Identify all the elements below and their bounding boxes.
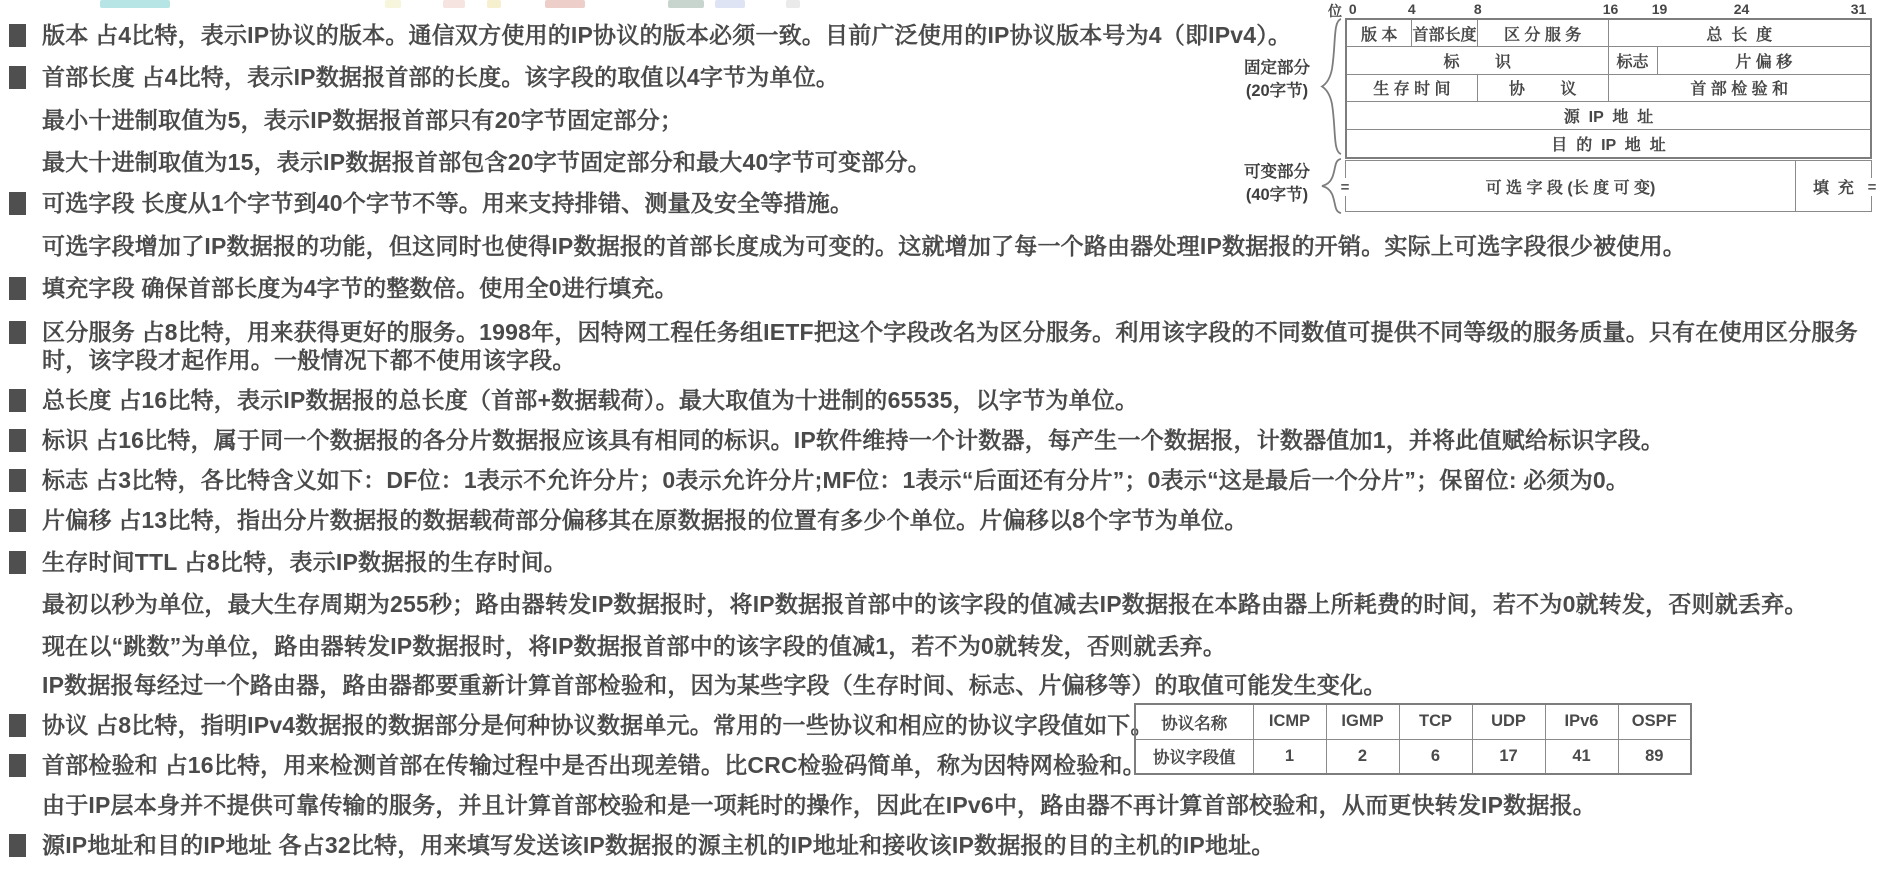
bullet-square-icon (9, 321, 26, 344)
note-line-flags: 标志 占3比特，各比特含义如下：DF位：1表示不允许分片；0表示允许分片;MF位… (9, 467, 1629, 494)
title-remnant-fragment (668, 0, 704, 8)
note-text: 协议 占8比特，指明IPv4数据报的数据部分是何种协议数据单元。常用的一些协议和… (42, 712, 1154, 739)
title-remnant-fragment (385, 0, 401, 8)
bullet-square-icon (9, 389, 26, 412)
note-line-header-length: 首部长度 占4比特，表示IP数据报首部的长度。该字段的取值以4字节为单位。 (9, 64, 839, 91)
protocol-name-cell: UDP (1472, 704, 1545, 739)
note-text: 现在以“跳数”为单位，路由器转发IP数据报时，将IP数据报首部中的该字段的值减1… (42, 633, 1226, 660)
variable-part-label-line1: 可变部分 (1232, 161, 1322, 184)
note-text: 最大十进制取值为15，表示IP数据报首部包含20字节固定部分和最大40字节可变部… (42, 149, 931, 176)
note-line: 最大十进制取值为15，表示IP数据报首部包含20字节固定部分和最大40字节可变部… (42, 149, 931, 176)
bit-tick-31: 31 (1851, 1, 1867, 17)
note-line: 由于IP层本身并不提供可靠传输的服务，并且计算首部校验和是一项耗时的操作，因此在… (42, 792, 1596, 819)
bullet-square-icon (9, 277, 26, 300)
note-text: 最小十进制取值为5，表示IP数据报首部只有20字节固定部分； (42, 107, 683, 134)
ip-header-diagram: 位 0 4 8 16 19 24 31 版 本 首部长度 区 分 服 务 总 长… (1100, 0, 1885, 220)
bit-tick-4: 4 (1408, 1, 1416, 17)
protocol-name-header: 协议名称 (1135, 704, 1253, 739)
note-text: 源IP地址和目的IP地址 各占32比特，用来填写发送该IP数据报的源主机的IP地… (42, 832, 1275, 859)
note-line-protocol: 协议 占8比特，指明IPv4数据报的数据部分是何种协议数据单元。常用的一些协议和… (9, 712, 1154, 739)
variable-part-brace (1320, 158, 1344, 214)
field-padding: 填 充 (1796, 161, 1871, 211)
title-remnant-fragment (487, 0, 501, 8)
note-text: 最初以秒为单位，最大生存周期为255秒；路由器转发IP数据报时，将IP数据报首部… (42, 591, 1808, 618)
bullet-square-icon (9, 24, 26, 47)
field-options: 可 选 字 段 (长 度 可 变) (1346, 161, 1796, 211)
note-text: IP数据报每经过一个路由器，路由器都要重新计算首部检验和，因为某些字段（生存时间… (42, 672, 1387, 699)
variable-part-label-line2: (40字节) (1232, 184, 1322, 207)
note-text: 生存时间TTL 占8比特，表示IP数据报的生存时间。 (42, 549, 567, 576)
title-remnant-fragment (545, 0, 585, 8)
note-line-options: 可选字段 长度从1个字节到40个字节不等。用来支持排错、测量及安全等措施。 (9, 190, 853, 217)
field-protocol: 协 议 (1478, 75, 1609, 101)
note-line: 现在以“跳数”为单位，路由器转发IP数据报时，将IP数据报首部中的该字段的值减1… (42, 633, 1226, 660)
note-text: 填充字段 确保首部长度为4字节的整数倍。使用全0进行填充。 (42, 275, 678, 302)
field-dscp: 区 分 服 务 (1478, 20, 1609, 46)
break-mark-right: = (1865, 178, 1879, 196)
note-line: 时，该字段才起作用。一般情况下都不使用该字段。 (42, 347, 576, 374)
note-line-ttl: 生存时间TTL 占8比特，表示IP数据报的生存时间。 (9, 549, 567, 576)
bit-tick-16: 16 (1603, 1, 1619, 17)
slide: 版本 占4比特，表示IP协议的版本。通信双方使用的IP协议的版本必须一致。目前广… (0, 0, 1885, 878)
title-remnant-fragment (715, 0, 745, 8)
protocol-value-cell: 1 (1253, 739, 1326, 774)
variable-part-box: 可 选 字 段 (长 度 可 变) 填 充 (1345, 160, 1872, 212)
protocol-name-cell: IGMP (1326, 704, 1399, 739)
title-remnant-fragment (100, 0, 170, 8)
protocol-value-cell: 2 (1326, 739, 1399, 774)
note-text: 总长度 占16比特，表示IP数据报的总长度（首部+数据载荷）。最大取值为十进制的… (42, 387, 1138, 414)
note-line-identification: 标识 占16比特，属于同一个数据报的各分片数据报应该具有相同的标识。IP软件维持… (9, 427, 1664, 454)
note-line-version: 版本 占4比特，表示IP协议的版本。通信双方使用的IP协议的版本必须一致。目前广… (9, 22, 1291, 49)
note-text: 片偏移 占13比特，指出分片数据报的数据载荷部分偏移其在原数据报的位置有多少个单… (42, 507, 1248, 534)
fixed-part-label-line2: (20字节) (1232, 80, 1322, 103)
bullet-square-icon (9, 66, 26, 89)
fixed-part-label-line1: 固定部分 (1232, 57, 1322, 80)
bit-tick-24: 24 (1734, 1, 1750, 17)
note-line: 可选字段增加了IP数据报的功能，但这同时也使得IP数据报的首部长度成为可变的。这… (42, 233, 1686, 260)
note-text: 标识 占16比特，属于同一个数据报的各分片数据报应该具有相同的标识。IP软件维持… (42, 427, 1664, 454)
protocol-value-row: 协议字段值 1 2 6 17 41 89 (1135, 739, 1691, 774)
note-text: 时，该字段才起作用。一般情况下都不使用该字段。 (42, 347, 576, 374)
field-flags: 标志 (1609, 47, 1658, 73)
bit-tick-8: 8 (1474, 1, 1482, 17)
bullet-square-icon (9, 509, 26, 532)
note-line-checksum: 首部检验和 占16比特，用来检测首部在传输过程中是否出现差错。比CRC检验码简单… (9, 752, 1146, 779)
bit-tick-19: 19 (1652, 1, 1668, 17)
bullet-square-icon (9, 429, 26, 452)
protocol-name-cell: IPv6 (1545, 704, 1618, 739)
header-row-4: 源 IP 地 址 (1347, 102, 1870, 129)
note-line: IP数据报每经过一个路由器，路由器都要重新计算首部检验和，因为某些字段（生存时间… (42, 672, 1387, 699)
protocol-value-cell: 17 (1472, 739, 1545, 774)
header-row-2: 标 识 标志 片 偏 移 (1347, 47, 1870, 74)
note-line-total-length: 总长度 占16比特，表示IP数据报的总长度（首部+数据载荷）。最大取值为十进制的… (9, 387, 1138, 414)
note-text: 可选字段 长度从1个字节到40个字节不等。用来支持排错、测量及安全等措施。 (42, 190, 853, 217)
note-text: 首部长度 占4比特，表示IP数据报首部的长度。该字段的取值以4字节为单位。 (42, 64, 839, 91)
field-source-ip: 源 IP 地 址 (1347, 102, 1870, 128)
protocol-value-cell: 41 (1545, 739, 1618, 774)
bullet-square-icon (9, 834, 26, 857)
protocol-name-cell: ICMP (1253, 704, 1326, 739)
note-text: 由于IP层本身并不提供可靠传输的服务，并且计算首部校验和是一项耗时的操作，因此在… (42, 792, 1596, 819)
variable-part-label: 可变部分 (40字节) (1232, 161, 1322, 207)
note-text: 标志 占3比特，各比特含义如下：DF位：1表示不允许分片；0表示允许分片;MF位… (42, 467, 1629, 494)
bullet-square-icon (9, 714, 26, 737)
bullet-square-icon (9, 551, 26, 574)
protocol-value-cell: 6 (1399, 739, 1472, 774)
protocol-name-cell: OSPF (1618, 704, 1691, 739)
field-ttl: 生 存 时 间 (1347, 75, 1478, 101)
note-line-fragment-offset: 片偏移 占13比特，指出分片数据报的数据载荷部分偏移其在原数据报的位置有多少个单… (9, 507, 1248, 534)
note-text: 可选字段增加了IP数据报的功能，但这同时也使得IP数据报的首部长度成为可变的。这… (42, 233, 1686, 260)
fixed-part-label: 固定部分 (20字节) (1232, 57, 1322, 103)
note-text: 首部检验和 占16比特，用来检测首部在传输过程中是否出现差错。比CRC检验码简单… (42, 752, 1146, 779)
note-line-ip-addresses: 源IP地址和目的IP地址 各占32比特，用来填写发送该IP数据报的源主机的IP地… (9, 832, 1275, 859)
bullet-square-icon (9, 469, 26, 492)
protocol-value-header: 协议字段值 (1135, 739, 1253, 774)
field-version: 版 本 (1347, 20, 1412, 46)
protocol-value-cell: 89 (1618, 739, 1691, 774)
note-line: 最初以秒为单位，最大生存周期为255秒；路由器转发IP数据报时，将IP数据报首部… (42, 591, 1808, 618)
note-line-padding: 填充字段 确保首部长度为4字节的整数倍。使用全0进行填充。 (9, 275, 678, 302)
fixed-part-box: 版 本 首部长度 区 分 服 务 总 长 度 标 识 标志 片 偏 移 生 存 … (1345, 18, 1872, 159)
field-destination-ip: 目 的 IP 地 址 (1347, 130, 1870, 157)
bullet-square-icon (9, 754, 26, 777)
note-line-dscp: 区分服务 占8比特，用来获得更好的服务。1998年，因特网工程任务组IETF把这… (9, 319, 1858, 346)
protocol-name-row: 协议名称 ICMP IGMP TCP UDP IPv6 OSPF (1135, 704, 1691, 739)
bit-tick-0: 0 (1349, 1, 1357, 17)
header-row-1: 版 本 首部长度 区 分 服 务 总 长 度 (1347, 20, 1870, 47)
bullet-square-icon (9, 192, 26, 215)
field-identification: 标 识 (1347, 47, 1609, 73)
field-fragment-offset: 片 偏 移 (1658, 47, 1870, 73)
header-row-5: 目 的 IP 地 址 (1347, 130, 1870, 157)
field-total-length: 总 长 度 (1609, 20, 1871, 46)
note-line: 最小十进制取值为5，表示IP数据报首部只有20字节固定部分； (42, 107, 683, 134)
note-text: 区分服务 占8比特，用来获得更好的服务。1998年，因特网工程任务组IETF把这… (42, 319, 1858, 346)
protocol-value-table: 协议名称 ICMP IGMP TCP UDP IPv6 OSPF 协议字段值 1… (1134, 703, 1692, 775)
field-checksum: 首 部 检 验 和 (1609, 75, 1871, 101)
fixed-part-brace (1320, 18, 1344, 155)
header-row-3: 生 存 时 间 协 议 首 部 检 验 和 (1347, 75, 1870, 102)
field-header-length: 首部长度 (1412, 20, 1477, 46)
protocol-name-cell: TCP (1399, 704, 1472, 739)
title-remnant-fragment (443, 0, 465, 8)
title-remnant-fragment (786, 0, 800, 8)
